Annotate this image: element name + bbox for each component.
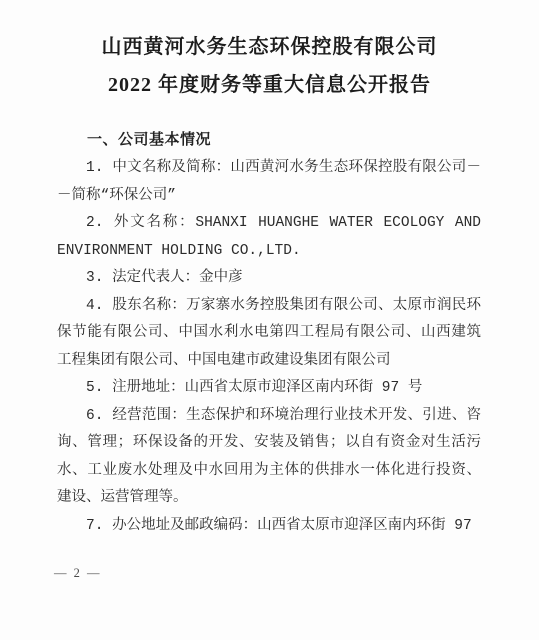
body-line-13: 建设、运营管理等。 bbox=[57, 485, 481, 513]
body-line-14: 7. 办公地址及邮政编码：山西省太原市迎泽区南内环街 97 bbox=[57, 513, 481, 541]
body-line-4: ENVIRONMENT HOLDING CO.,LTD. bbox=[57, 238, 481, 266]
body-line-10: 6. 经营范围：生态保护和环境治理行业技术开发、引进、咨 bbox=[57, 403, 481, 431]
document-page: 山西黄河水务生态环保控股有限公司 2022 年度财务等重大信息公开报告 一、公司… bbox=[0, 0, 539, 640]
body-line-7: 保节能有限公司、中国水利水电第四工程局有限公司、山西建筑 bbox=[57, 320, 481, 348]
body-line-11: 询、管理；环保设备的开发、安装及销售；以自有资金对生活污 bbox=[57, 430, 481, 458]
body-text-block: 1. 中文名称及简称：山西黄河水务生态环保控股有限公司－ －简称“环保公司” 2… bbox=[57, 155, 481, 540]
title-line-1: 山西黄河水务生态环保控股有限公司 bbox=[0, 28, 539, 66]
document-body: 一、公司基本情况 1. 中文名称及简称：山西黄河水务生态环保控股有限公司－ －简… bbox=[57, 130, 481, 540]
body-line-9: 5. 注册地址：山西省太原市迎泽区南内环街 97 号 bbox=[57, 375, 481, 403]
body-line-5: 3. 法定代表人：金中彦 bbox=[57, 265, 481, 293]
document-title: 山西黄河水务生态环保控股有限公司 2022 年度财务等重大信息公开报告 bbox=[0, 0, 539, 104]
body-line-2: －简称“环保公司” bbox=[57, 183, 481, 211]
body-line-6: 4. 股东名称：万家寨水务控股集团有限公司、太原市润民环 bbox=[57, 293, 481, 321]
page-number: — 2 — bbox=[54, 566, 102, 581]
section-heading: 一、公司基本情况 bbox=[57, 130, 481, 150]
body-line-1: 1. 中文名称及简称：山西黄河水务生态环保控股有限公司－ bbox=[57, 155, 481, 183]
body-line-3: 2. 外文名称：SHANXI HUANGHE WATER ECOLOGY AND bbox=[57, 210, 481, 238]
title-line-2: 2022 年度财务等重大信息公开报告 bbox=[0, 66, 539, 104]
body-line-8: 工程集团有限公司、中国电建市政建设集团有限公司 bbox=[57, 348, 481, 376]
body-line-12: 水、工业废水处理及中水回用为主体的供排水一体化进行投资、 bbox=[57, 458, 481, 486]
